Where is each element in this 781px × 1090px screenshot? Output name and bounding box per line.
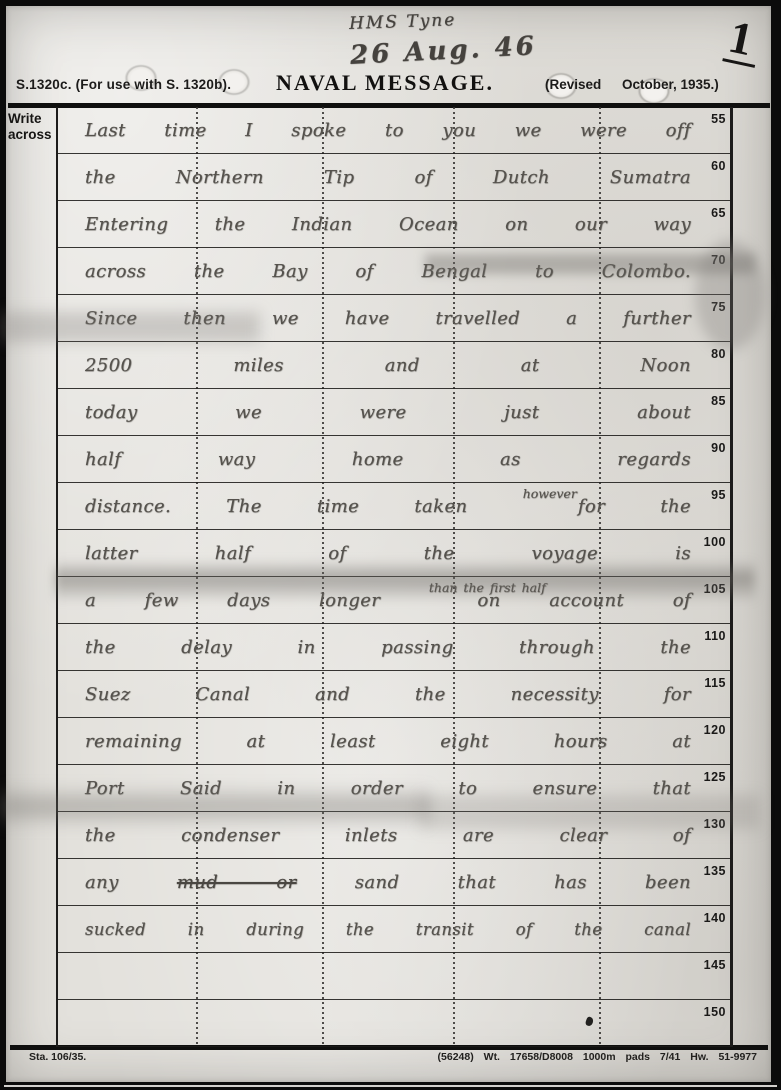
message-row: 100latter half of the voyage is [57, 530, 731, 577]
handwritten-text: Suez Canal and the necessity for [57, 680, 731, 710]
message-row: 90half way home as regards [57, 436, 731, 483]
handwritten-text: a few days longer than the first half on… [57, 586, 731, 617]
text-segment: across the Bay of Bengal to Colombo. [85, 261, 691, 282]
text-segment: today we were just about [85, 402, 691, 423]
message-row: 70across the Bay of Bengal to Colombo. [57, 248, 731, 295]
message-row: 135any mud or sand that has been [57, 859, 731, 906]
text-segment: latter half of the voyage is [85, 543, 691, 564]
text-segment: the delay in passing through the [85, 637, 691, 658]
message-row: 105a few days longer than the first half… [57, 577, 731, 624]
scanned-naval-message-form: HMS Tyne 26 Aug. 46 1 S.1320c. (For use … [0, 0, 781, 1090]
handwritten-text: Entering the Indian Ocean on our way [57, 210, 731, 240]
write-across-line2: across [8, 127, 55, 143]
message-row: 145 [57, 953, 731, 1000]
handwritten-text: 2500 miles and at Noon [57, 351, 731, 381]
text-segment: sand that has been [355, 872, 691, 893]
text-segment: sucked in during the transit of the cana… [85, 920, 691, 939]
text-segment: Suez Canal and the necessity for [85, 684, 691, 705]
handwritten-text: sucked in during the transit of the cana… [57, 915, 731, 945]
message-row: 60the Northern Tip of Dutch Sumatra [57, 154, 731, 201]
message-row: 95distance. The time taken however for t… [57, 483, 731, 530]
message-row: 85today we were just about [57, 389, 731, 436]
text-segment: for the [578, 496, 691, 517]
scan-edge-artifact [4, 1085, 777, 1087]
revised-date: October, 1935.) [622, 77, 719, 92]
handwritten-text: any mud or sand that has been [57, 868, 731, 898]
text-segment: 2500 miles and at Noon [85, 355, 691, 376]
line-number: 145 [704, 958, 726, 972]
handwritten-text: Port Said in order to ensure that [57, 774, 731, 804]
handwritten-text: the condenser inlets are clear of [57, 821, 731, 851]
text-segment: a few days longer [85, 590, 380, 611]
handwritten-text: Since then we have travelled a further [57, 304, 731, 334]
text-segment: Last time I spoke to you we were off [85, 120, 691, 141]
message-row: 130the condenser inlets are clear of [57, 812, 731, 859]
write-across-line1: Write [8, 111, 55, 127]
message-row: 150 [57, 1000, 731, 1047]
struck-out-word: mud or [177, 872, 297, 893]
text-segment: the Northern Tip of Dutch Sumatra [85, 167, 691, 188]
text-segment: any [85, 872, 119, 893]
handwritten-text: distance. The time taken however for the [57, 492, 731, 523]
message-row: 115Suez Canal and the necessity for [57, 671, 731, 718]
message-row: 120remaining at least eight hours at [57, 718, 731, 765]
message-row: 802500 miles and at Noon [57, 342, 731, 389]
form-title: NAVAL MESSAGE. [268, 70, 502, 96]
stationery-code: Sta. 106/35. [29, 1051, 86, 1063]
handwritten-text: remaining at least eight hours at [57, 727, 731, 757]
write-across-label: Write across [8, 111, 55, 142]
text-segment: half way home as regards [85, 449, 691, 470]
form-code: S.1320c. (For use with S. 1320b). [16, 77, 231, 92]
handwritten-text: Last time I spoke to you we were off [57, 116, 731, 146]
message-row: 75Since then we have travelled a further [57, 295, 731, 342]
message-row: 65Entering the Indian Ocean on our way [57, 201, 731, 248]
line-number: 150 [704, 1005, 726, 1019]
handwritten-text: half way home as regards [57, 445, 731, 475]
handwritten-text: the Northern Tip of Dutch Sumatra [57, 163, 731, 193]
text-segment: remaining at least eight hours at [85, 731, 691, 752]
message-row: 55Last time I spoke to you we were off [57, 107, 731, 154]
handwritten-text: latter half of the voyage is [57, 539, 731, 569]
print-imprint: (56248) Wt. 17658/D8008 1000m pads 7/41 … [438, 1051, 757, 1063]
message-row: 125Port Said in order to ensure that [57, 765, 731, 812]
text-segment: Port Said in order to ensure that [85, 778, 691, 799]
revised-label: (Revised [545, 77, 601, 92]
handwritten-ship-name: HMS Tyne [349, 10, 457, 34]
text-segment: Entering the Indian Ocean on our way [85, 214, 691, 235]
text-segment: distance. The time taken [85, 496, 468, 517]
text-segment: Since then we have travelled a further [85, 308, 691, 329]
text-segment: the condenser inlets are clear of [85, 825, 691, 846]
message-row: 110the delay in passing through the [57, 624, 731, 671]
handwritten-text: across the Bay of Bengal to Colombo. [57, 257, 731, 287]
handwritten-text: today we were just about [57, 398, 731, 428]
handwritten-text: the delay in passing through the [57, 633, 731, 663]
message-row: 140sucked in during the transit of the c… [57, 906, 731, 953]
